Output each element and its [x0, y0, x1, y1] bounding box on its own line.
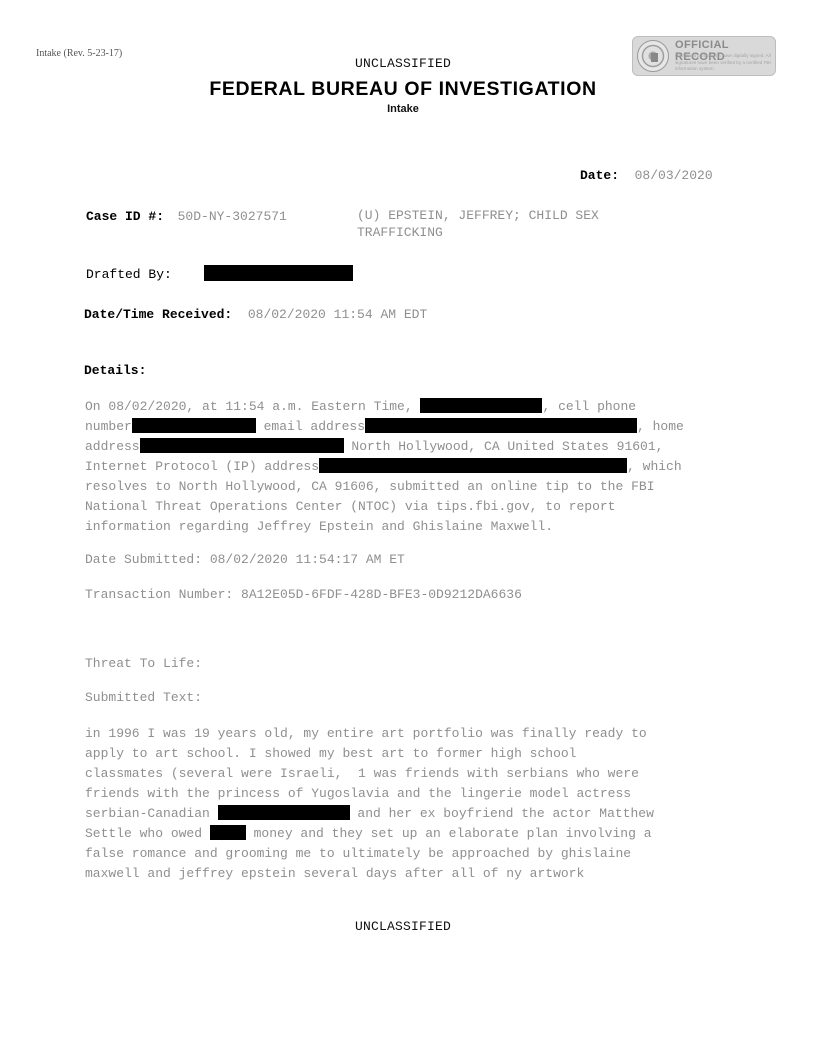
text-run: number — [85, 419, 132, 434]
text-run: friends with the princess of Yugoslavia … — [85, 786, 631, 801]
agency-title: FEDERAL BUREAU OF INVESTIGATION — [0, 78, 806, 101]
stamp-note: Document participants have digitally sig… — [675, 53, 775, 73]
text-run: serbian-Canadian — [85, 806, 218, 821]
date-submitted: Date Submitted: 08/02/2020 11:54:17 AM E… — [85, 552, 405, 567]
received-row: Date/Time Received: 08/02/2020 11:54 AM … — [84, 305, 427, 323]
fbi-seal-icon — [637, 40, 669, 72]
text-run: , which — [627, 459, 682, 474]
threat-to-life-label: Threat To Life: — [85, 656, 202, 671]
official-record-stamp: OFFICIAL RECORD Document participants ha… — [632, 36, 776, 76]
text-line: National Threat Operations Center (NTOC)… — [85, 497, 745, 517]
case-id-label: Case ID #: — [86, 209, 164, 224]
received-label: Date/Time Received: — [84, 307, 232, 322]
text-run: money and they set up an elaborate plan … — [246, 826, 652, 841]
form-type: Intake — [0, 103, 806, 115]
date-value: 08/03/2020 — [635, 168, 713, 183]
text-line: false romance and grooming me to ultimat… — [85, 844, 745, 864]
text-line: serbian-Canadian and her ex boyfriend th… — [85, 804, 745, 824]
text-run: information regarding Jeffrey Epstein an… — [85, 519, 553, 534]
text-line: Internet Protocol (IP) address, which — [85, 457, 745, 477]
text-line: friends with the princess of Yugoslavia … — [85, 784, 745, 804]
text-run: North Hollywood, CA United States 91601, — [344, 439, 664, 454]
text-run: Internet Protocol (IP) address — [85, 459, 319, 474]
text-run: email address — [256, 419, 365, 434]
received-value: 08/02/2020 11:54 AM EDT — [248, 307, 427, 322]
details-heading: Details: — [84, 363, 146, 378]
text-run: Settle who owed — [85, 826, 210, 841]
case-id-row: Case ID #: 50D-NY-3027571 — [86, 207, 287, 225]
text-line: address North Hollywood, CA United State… — [85, 437, 745, 457]
text-line: Settle who owed money and they set up an… — [85, 824, 745, 844]
classification-banner-bottom: UNCLASSIFIED — [0, 919, 806, 934]
text-run: National Threat Operations Center (NTOC)… — [85, 499, 616, 514]
text-line: number email address, home — [85, 417, 745, 437]
submitted-text-label: Submitted Text: — [85, 690, 202, 705]
case-caption-line2: TRAFFICKING — [357, 224, 599, 241]
text-run: resolves to North Hollywood, CA 91606, s… — [85, 479, 655, 494]
drafted-by-label: Drafted By: — [86, 267, 172, 282]
case-id-value: 50D-NY-3027571 — [178, 209, 287, 224]
details-paragraph: On 08/02/2020, at 11:54 a.m. Eastern Tim… — [85, 397, 745, 537]
transaction-number: Transaction Number: 8A12E05D-6FDF-428D-B… — [85, 587, 522, 602]
text-run: , cell phone — [542, 399, 636, 414]
date-label: Date: — [580, 168, 619, 183]
text-run: On 08/02/2020, at 11:54 a.m. Eastern Tim… — [85, 399, 420, 414]
text-line: maxwell and jeffrey epstein several days… — [85, 864, 745, 884]
text-run: maxwell and jeffrey epstein several days… — [85, 866, 584, 881]
text-run: false romance and grooming me to ultimat… — [85, 846, 631, 861]
redaction-bar — [319, 458, 627, 473]
text-line: classmates (several were Israeli, 1 was … — [85, 764, 745, 784]
text-run: , home — [637, 419, 684, 434]
case-caption-line1: (U) EPSTEIN, JEFFREY; CHILD SEX — [357, 207, 599, 224]
text-run: classmates (several were Israeli, 1 was … — [85, 766, 639, 781]
redaction-bar — [132, 418, 256, 433]
date-row: Date: 08/03/2020 — [580, 166, 713, 184]
text-line: in 1996 I was 19 years old, my entire ar… — [85, 724, 745, 744]
text-line: apply to art school. I showed my best ar… — [85, 744, 745, 764]
drafted-by-row: Drafted By: — [86, 265, 172, 283]
text-line: information regarding Jeffrey Epstein an… — [85, 517, 745, 537]
text-line: resolves to North Hollywood, CA 91606, s… — [85, 477, 745, 497]
submitted-text-body: in 1996 I was 19 years old, my entire ar… — [85, 724, 745, 884]
redaction-bar — [365, 418, 637, 433]
redaction-bar — [218, 805, 350, 820]
text-run: apply to art school. I showed my best ar… — [85, 746, 576, 761]
text-line: On 08/02/2020, at 11:54 a.m. Eastern Tim… — [85, 397, 745, 417]
text-run: address — [85, 439, 140, 454]
redaction-bar — [140, 438, 344, 453]
text-run: in 1996 I was 19 years old, my entire ar… — [85, 726, 647, 741]
text-run: and her ex boyfriend the actor Matthew — [350, 806, 654, 821]
case-caption: (U) EPSTEIN, JEFFREY; CHILD SEX TRAFFICK… — [357, 207, 599, 241]
drafted-by-redaction — [204, 265, 353, 281]
redaction-bar — [420, 398, 542, 413]
redaction-bar — [210, 825, 246, 840]
